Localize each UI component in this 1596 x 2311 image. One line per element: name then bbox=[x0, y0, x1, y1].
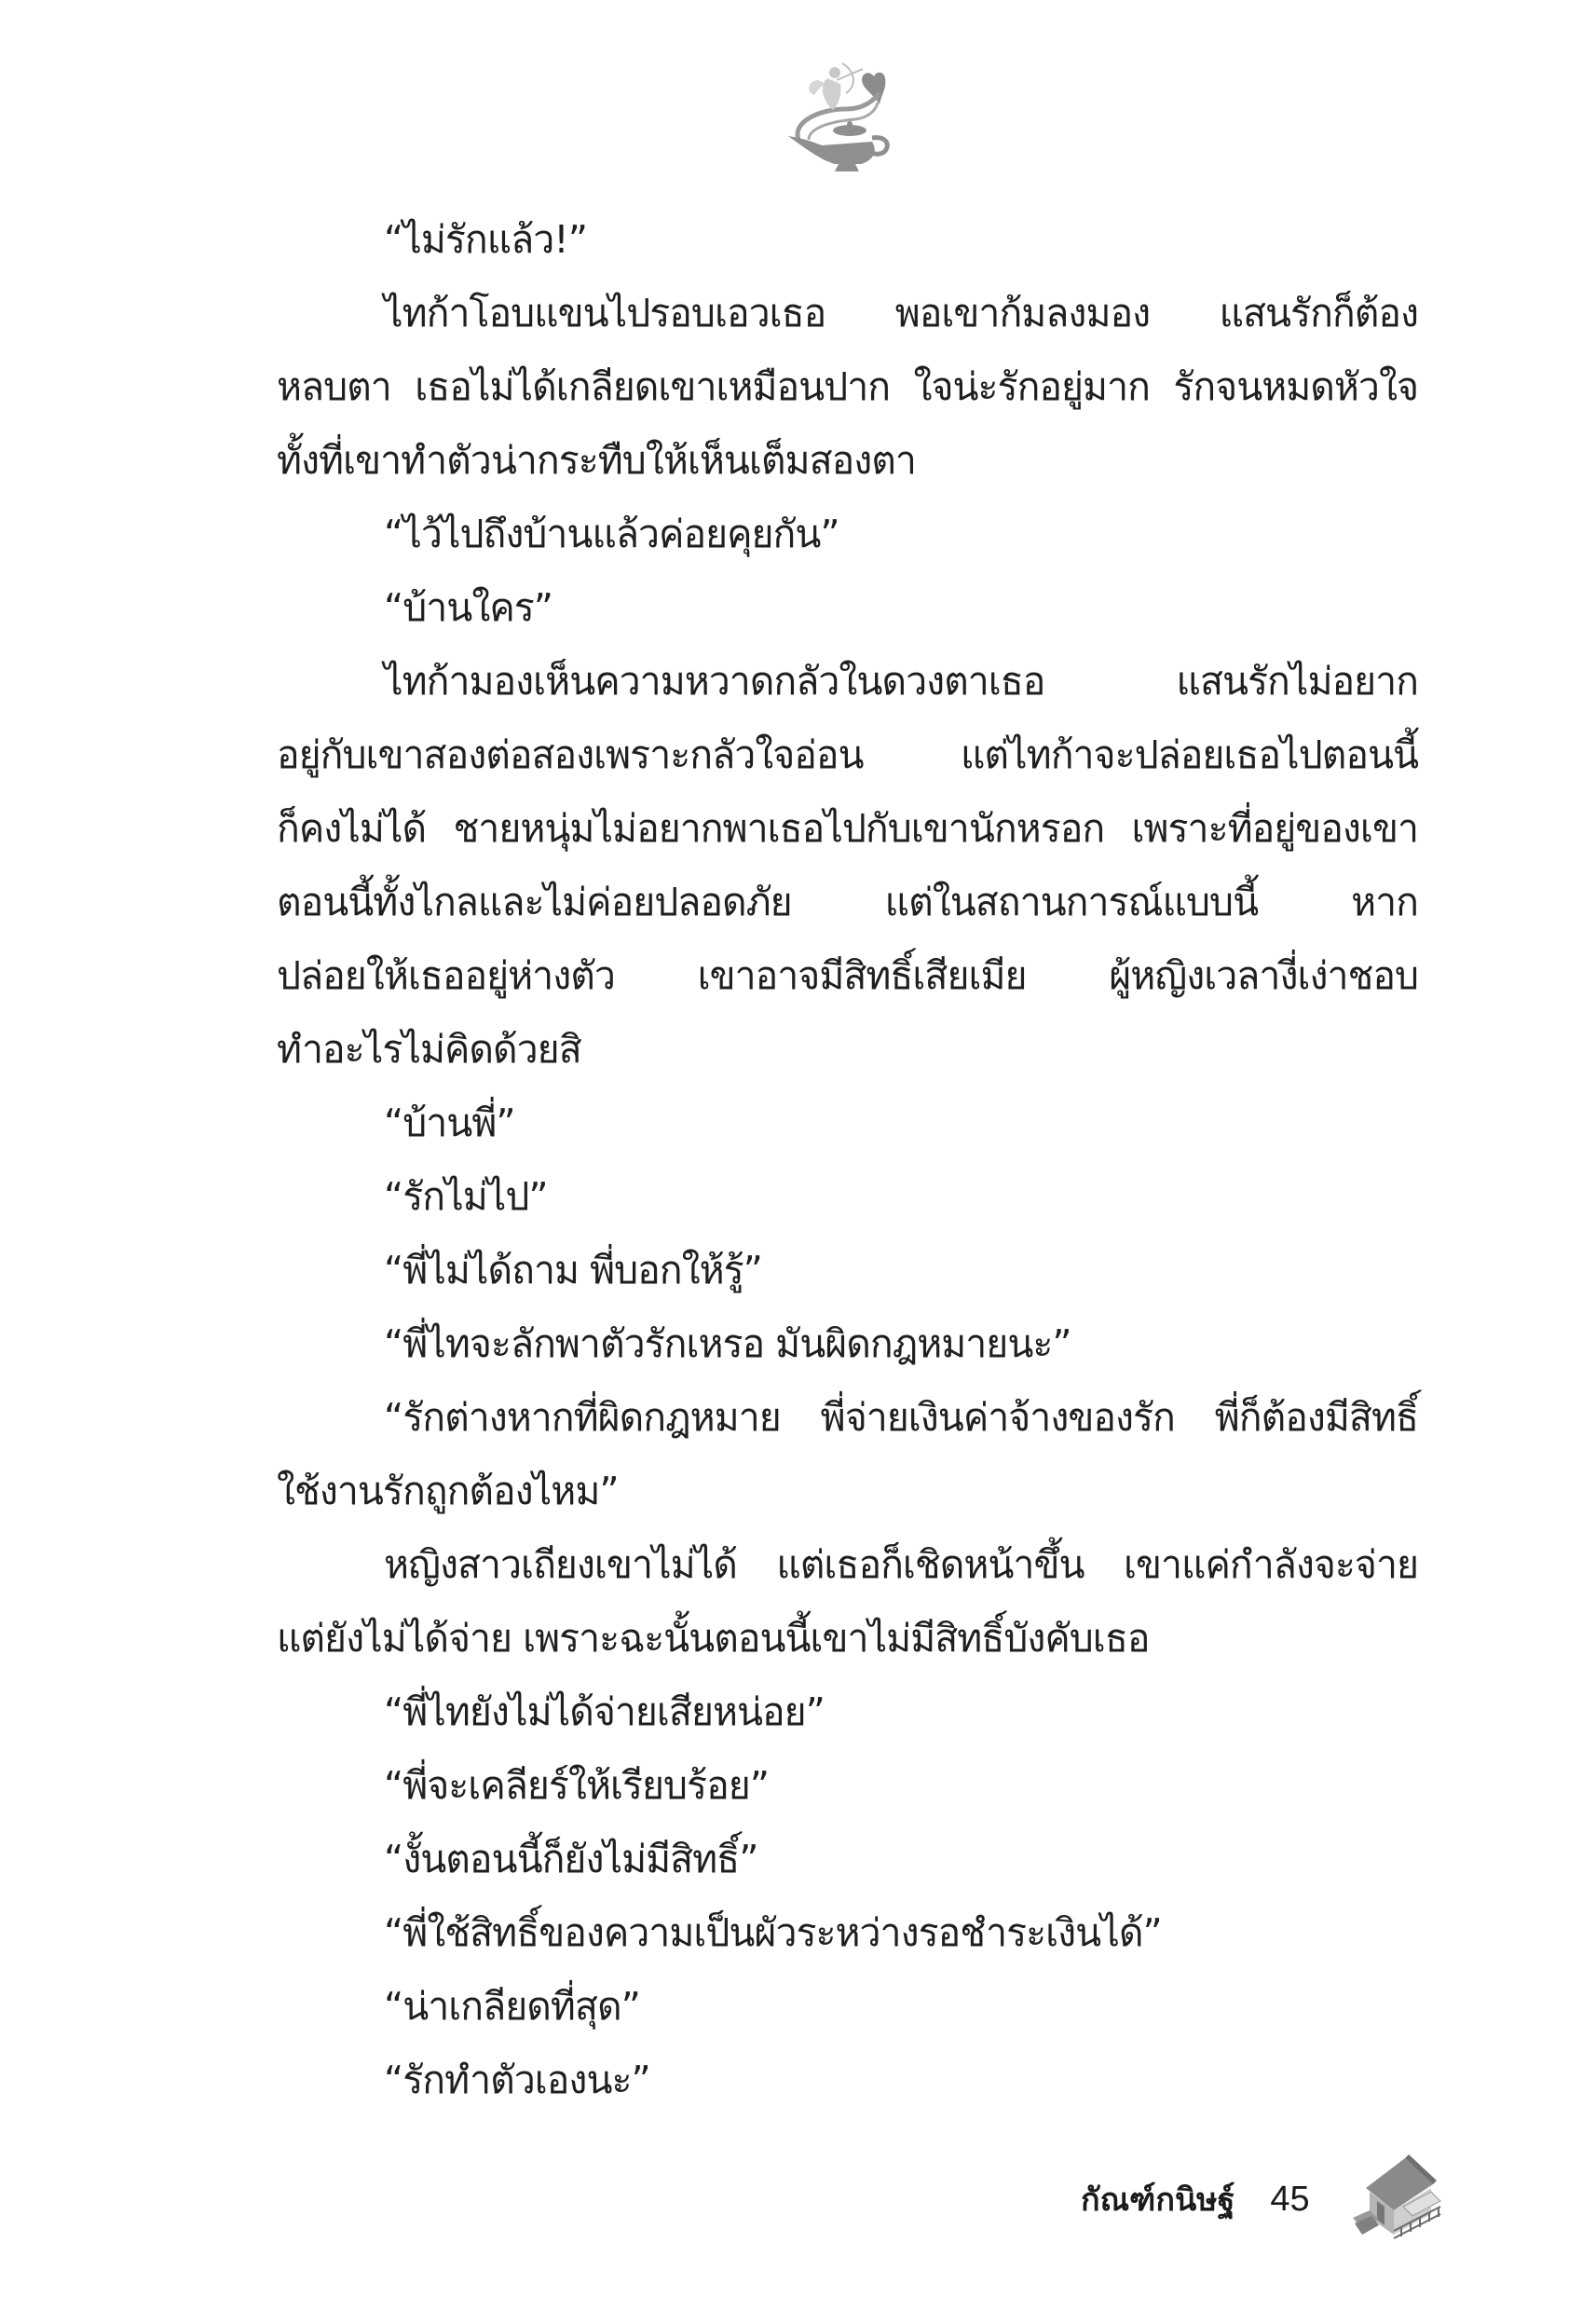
paragraph-line: “น่าเกลียดที่สุด” bbox=[277, 1970, 1418, 2044]
paragraph-line: “พี่ใช้สิทธิ์ของความเป็นผัวระหว่างรอชำระ… bbox=[277, 1896, 1418, 1970]
paragraph-line: หลบตา เธอไม่ได้เกลียดเขาเหมือนปาก ใจน่ะร… bbox=[277, 350, 1418, 424]
paragraph-line: ทั้งที่เขาทำตัวน่ากระทืบให้เห็นเต็มสองตา bbox=[277, 424, 1418, 498]
page-footer: กัณฑ์กนิษฐ์ 45 bbox=[1081, 2171, 1450, 2227]
paragraph-line: “รักต่างหากที่ผิดกฎหมาย พี่จ่ายเงินค่าจ้… bbox=[277, 1381, 1418, 1455]
chapter-body: “ไม่รักแล้ว!” ไทก้าโอบแขนไปรอบเอวเธอ พอเ… bbox=[277, 203, 1418, 2117]
paragraph-line: ไทก้าโอบแขนไปรอบเอวเธอ พอเขาก้มลงมอง แสน… bbox=[277, 277, 1418, 350]
paragraph-line: “บ้านพี่” bbox=[277, 1087, 1418, 1160]
paragraph-line: “พี่ไทจะลักพาตัวรักเหรอ มันผิดกฎหมายนะ” bbox=[277, 1307, 1418, 1381]
paragraph-line: แต่ยังไม่ได้จ่าย เพราะฉะนั้นตอนนี้เขาไม่… bbox=[277, 1602, 1418, 1675]
paragraph-line: “ไม่รักแล้ว!” bbox=[277, 203, 1418, 277]
paragraph-line: ไทก้ามองเห็นความหวาดกลัวในดวงตาเธอ แสนรั… bbox=[277, 645, 1418, 718]
paragraph-line: “รักไม่ไป” bbox=[277, 1160, 1418, 1234]
paragraph-line: “พี่ไม่ได้ถาม พี่บอกให้รู้” bbox=[277, 1234, 1418, 1307]
paragraph-line: “รักทำตัวเองนะ” bbox=[277, 2044, 1418, 2117]
page-number: 45 bbox=[1270, 2180, 1309, 2220]
paragraph-line: ปล่อยให้เธออยู่ห่างตัว เขาอาจมีสิทธิ์เสี… bbox=[277, 939, 1418, 1013]
paragraph-line: ก็คงไม่ได้ ชายหนุ่มไม่อยากพาเธอไปกับเขาน… bbox=[277, 792, 1418, 866]
paragraph-line: ทำอะไรไม่คิดด้วยสิ bbox=[277, 1013, 1418, 1087]
paragraph-line: ตอนนี้ทั้งไกลและไม่ค่อยปลอดภัย แต่ในสถาน… bbox=[277, 866, 1418, 939]
book-title: กัณฑ์กนิษฐ์ bbox=[1081, 2174, 1235, 2224]
paragraph-line: อยู่กับเขาสองต่อสองเพราะกลัวใจอ่อน แต่ไท… bbox=[277, 718, 1418, 792]
paragraph-line: “พี่ไทยังไม่ได้จ่ายเสียหน่อย” bbox=[277, 1675, 1418, 1749]
paragraph-line: “พี่จะเคลียร์ให้เรียบร้อย” bbox=[277, 1749, 1418, 1823]
paragraph-line: “บ้านใคร” bbox=[277, 571, 1418, 645]
house-icon bbox=[1347, 2153, 1450, 2246]
cupid-magic-lamp-icon bbox=[781, 58, 911, 174]
paragraph-line: “งั้นตอนนี้ก็ยังไม่มีสิทธิ์” bbox=[277, 1823, 1418, 1896]
paragraph-line: “ไว้ไปถึงบ้านแล้วค่อยคุยกัน” bbox=[277, 498, 1418, 571]
paragraph-line: หญิงสาวเถียงเขาไม่ได้ แต่เธอก็เชิดหน้าขึ… bbox=[277, 1528, 1418, 1602]
paragraph-line: ใช้งานรักถูกต้องไหม” bbox=[277, 1455, 1418, 1528]
